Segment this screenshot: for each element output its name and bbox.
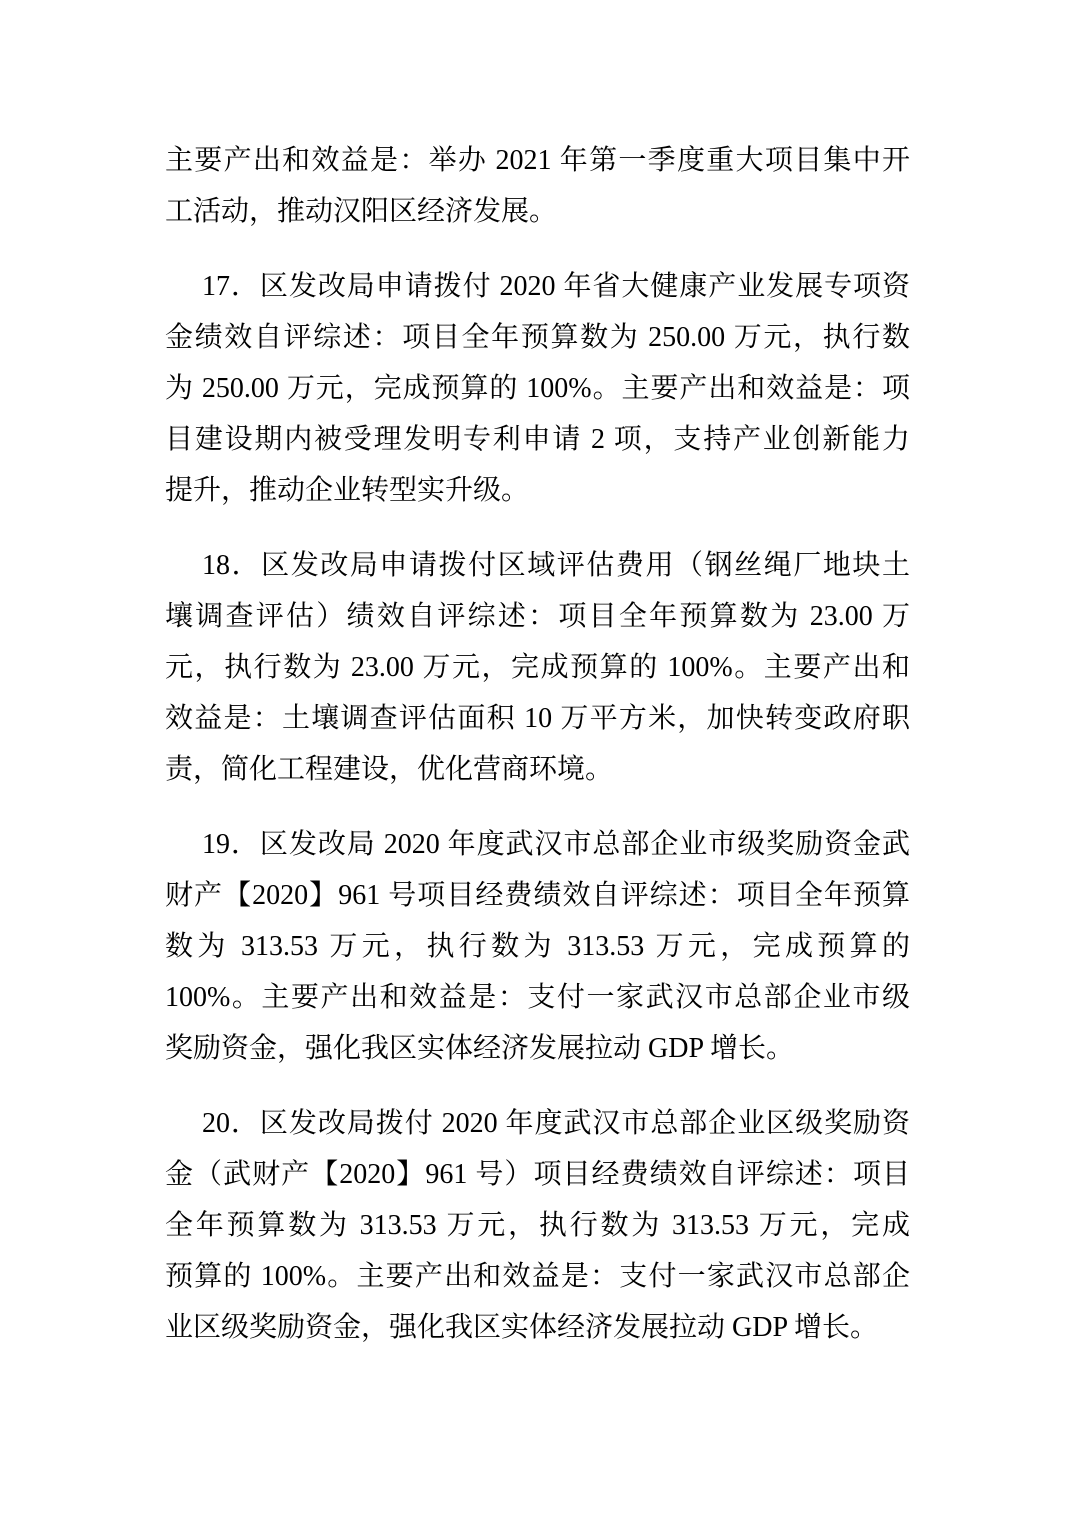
- text-line: 预算的 100%。主要产出和效益是：支付一家武汉市总部企: [165, 1251, 910, 1302]
- text-line: 奖励资金，强化我区实体经济发展拉动 GDP 增长。: [165, 1023, 910, 1074]
- text-line: 金绩效自评综述：项目全年预算数为 250.00 万元，执行数: [165, 312, 910, 363]
- text-line: 元，执行数为 23.00 万元，完成预算的 100%。主要产出和: [165, 642, 910, 693]
- text-line: 20．区发改局拨付 2020 年度武汉市总部企业区级奖励资: [165, 1098, 910, 1149]
- paragraph-16-continuation: 主要产出和效益是：举办 2021 年第一季度重大项目集中开 工活动，推动汉阳区经…: [165, 135, 910, 237]
- paragraph-17: 17．区发改局申请拨付 2020 年省大健康产业发展专项资 金绩效自评综述：项目…: [165, 261, 910, 516]
- text-line: 效益是：土壤调查评估面积 10 万平方米，加快转变政府职: [165, 693, 910, 744]
- text-line: 数为 313.53 万元，执行数为 313.53 万元，完成预算的: [165, 921, 910, 972]
- paragraph-18: 18．区发改局申请拨付区域评估费用（钢丝绳厂地块土 壤调查评估）绩效自评综述：项…: [165, 540, 910, 795]
- paragraph-20: 20．区发改局拨付 2020 年度武汉市总部企业区级奖励资 金（武财产【2020…: [165, 1098, 910, 1353]
- document-page: 主要产出和效益是：举办 2021 年第一季度重大项目集中开 工活动，推动汉阳区经…: [0, 0, 1075, 1521]
- text-line: 为 250.00 万元，完成预算的 100%。主要产出和效益是：项: [165, 363, 910, 414]
- text-line: 100%。主要产出和效益是：支付一家武汉市总部企业市级: [165, 972, 910, 1023]
- text-line: 17．区发改局申请拨付 2020 年省大健康产业发展专项资: [165, 261, 910, 312]
- text-line: 主要产出和效益是：举办 2021 年第一季度重大项目集中开: [165, 135, 910, 186]
- text-line: 目建设期内被受理发明专利申请 2 项，支持产业创新能力: [165, 414, 910, 465]
- text-line: 工活动，推动汉阳区经济发展。: [165, 186, 910, 237]
- text-line: 壤调查评估）绩效自评综述：项目全年预算数为 23.00 万: [165, 591, 910, 642]
- text-line: 18．区发改局申请拨付区域评估费用（钢丝绳厂地块土: [165, 540, 910, 591]
- text-line: 责，简化工程建设，优化营商环境。: [165, 744, 910, 795]
- text-line: 业区级奖励资金，强化我区实体经济发展拉动 GDP 增长。: [165, 1302, 910, 1353]
- text-line: 金（武财产【2020】961 号）项目经费绩效自评综述：项目: [165, 1149, 910, 1200]
- text-line: 全年预算数为 313.53 万元，执行数为 313.53 万元，完成: [165, 1200, 910, 1251]
- text-line: 提升，推动企业转型实升级。: [165, 465, 910, 516]
- text-line: 财产【2020】961 号项目经费绩效自评综述：项目全年预算: [165, 870, 910, 921]
- paragraph-19: 19．区发改局 2020 年度武汉市总部企业市级奖励资金武 财产【2020】96…: [165, 819, 910, 1074]
- text-line: 19．区发改局 2020 年度武汉市总部企业市级奖励资金武: [165, 819, 910, 870]
